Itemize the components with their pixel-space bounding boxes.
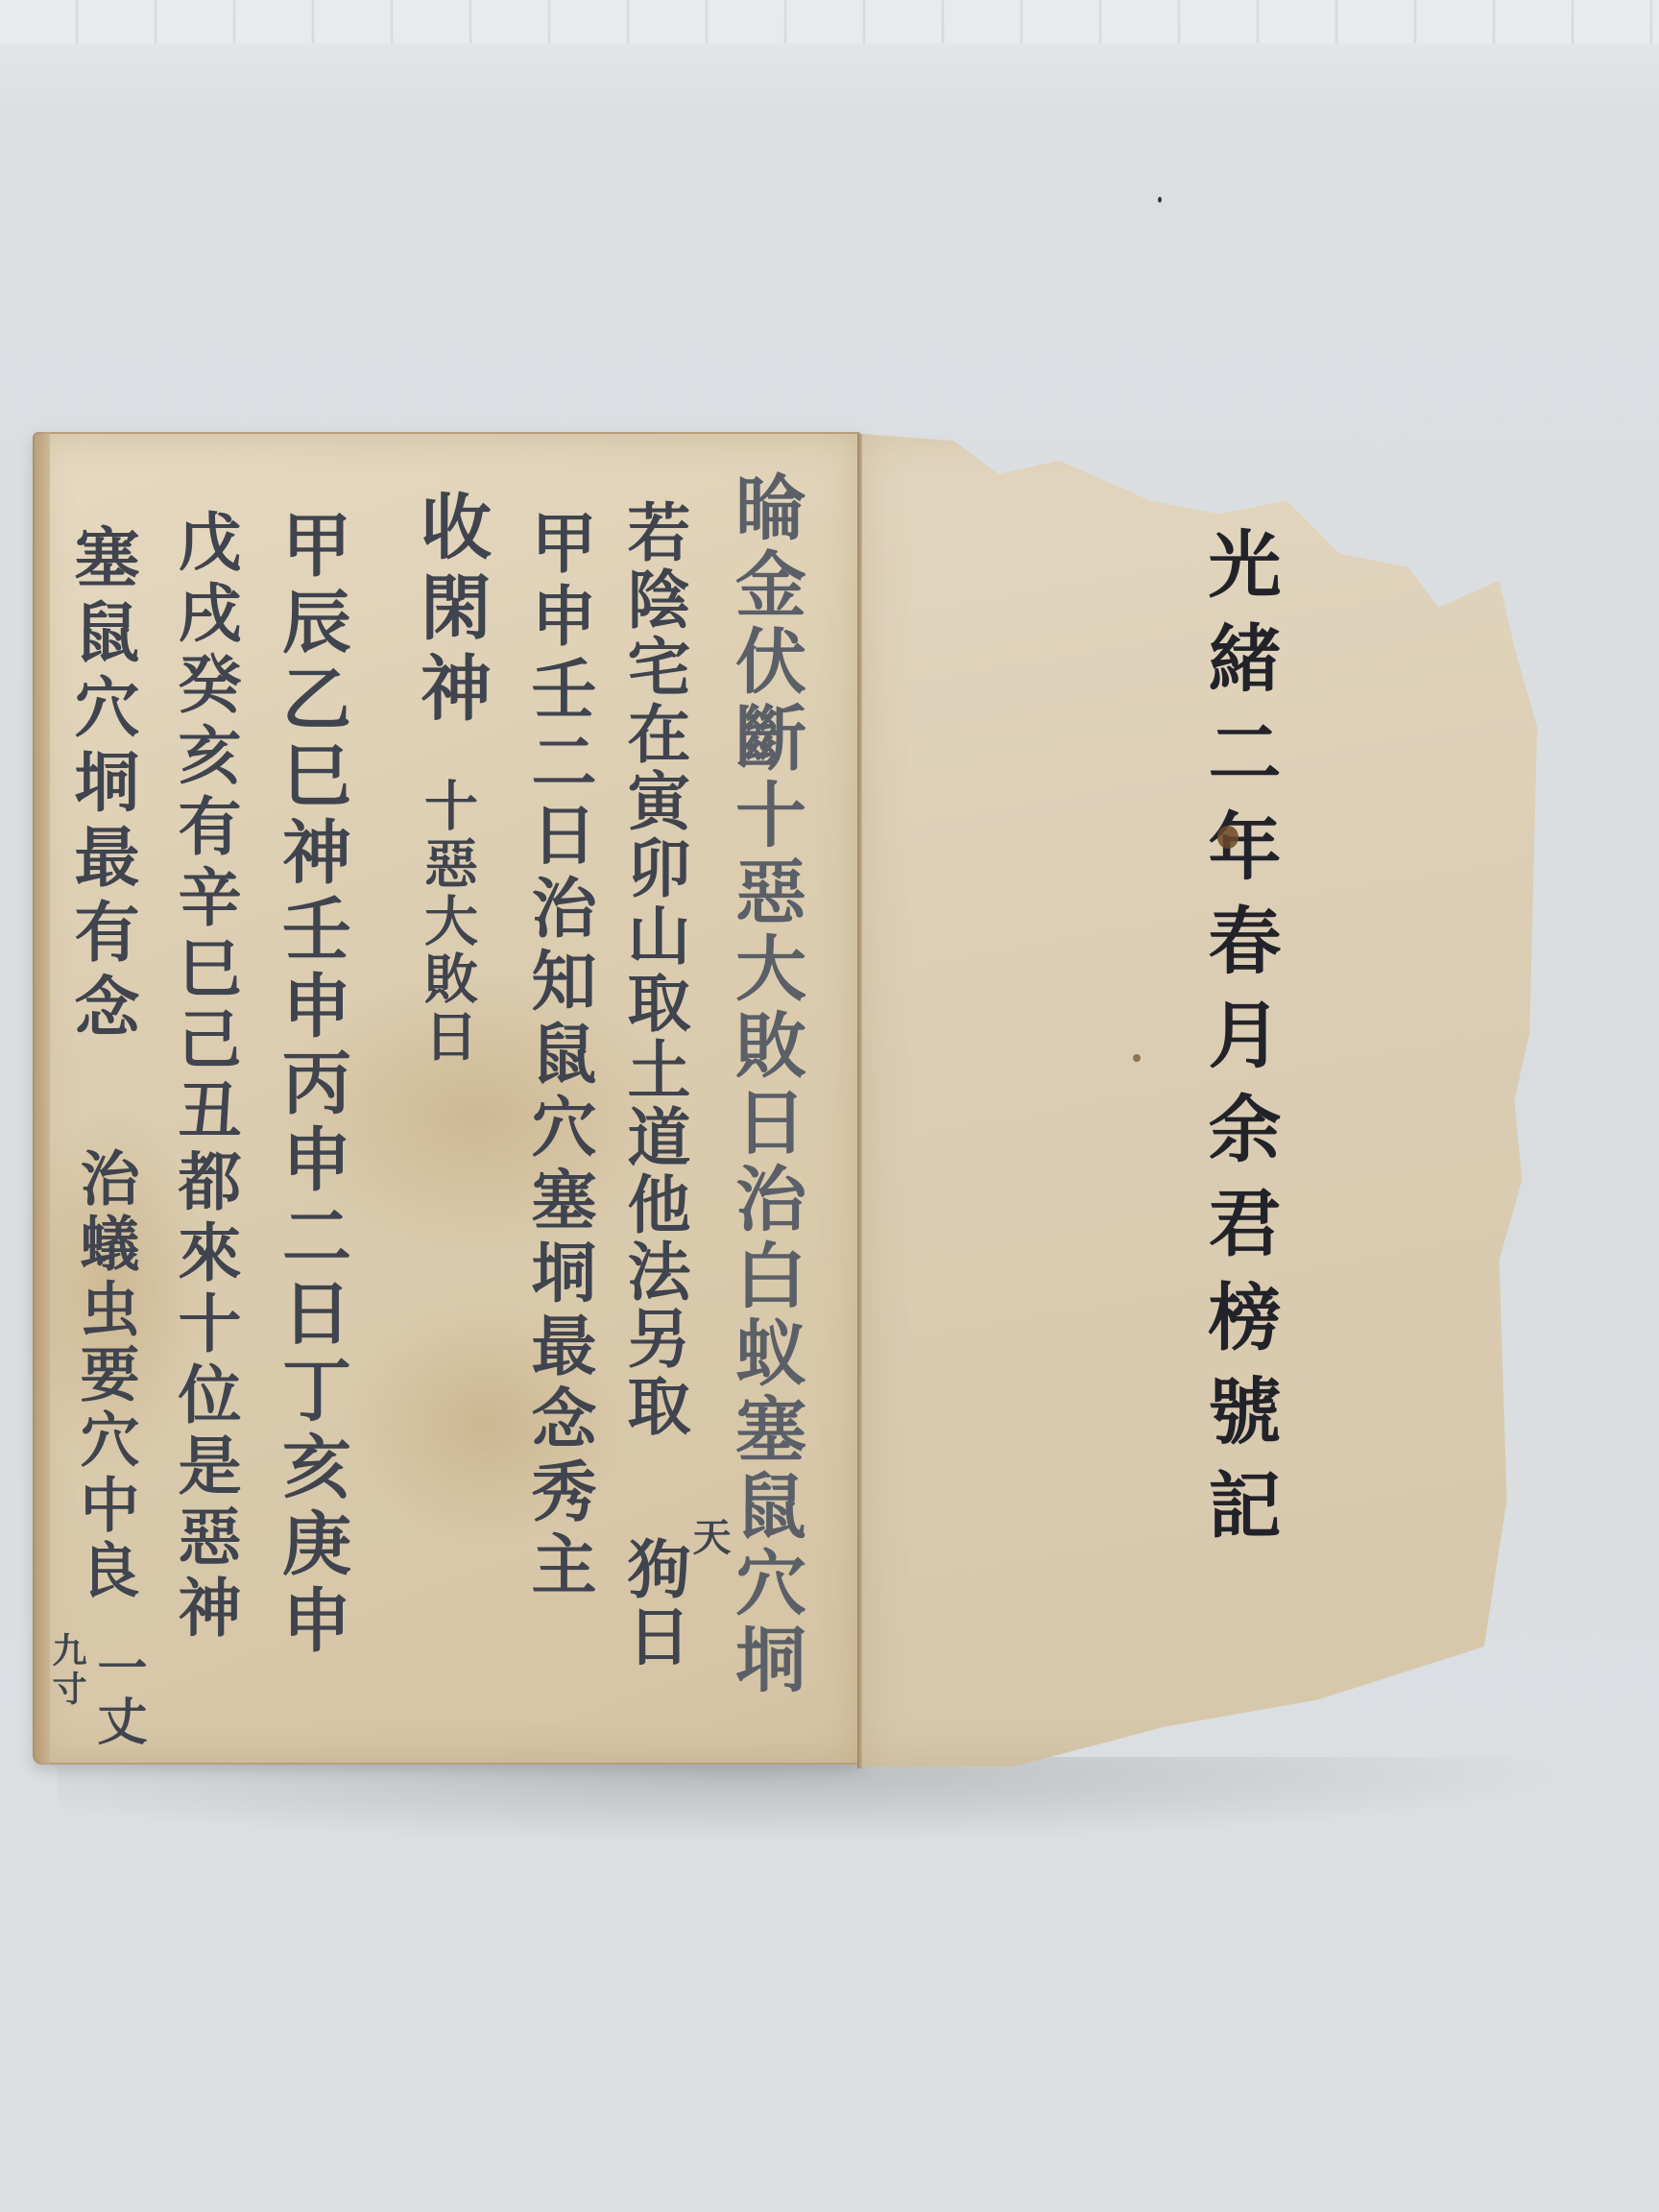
text-column-6: 戊戌癸亥有辛巳己丑都來十位是惡神 <box>173 509 236 1646</box>
text-column-2: 若陰宅在寅卯山取土道他法另取 <box>622 499 685 1440</box>
text-column-5: 甲辰乙巳神壬申丙申二日丁亥庚申 <box>276 509 346 1661</box>
photo-scene: 㫻金伏斷十惡大敗日治白蚁塞鼠穴垌 若陰宅在寅卯山取土道他法另取 天 狗日 甲申壬… <box>0 0 1659 2212</box>
background-speck <box>1158 197 1162 203</box>
text-column-2-annotation: 天 <box>689 1517 728 1559</box>
left-page-edge <box>33 432 50 1765</box>
book-shadow <box>58 1757 1575 1843</box>
text-column-1: 㫻金伏斷十惡大敗日治白蚁塞鼠穴垌 <box>730 470 801 1699</box>
ink-spot <box>1217 826 1238 849</box>
text-column-3: 甲申壬二日治知鼠穴塞垌最念秀主 <box>526 509 591 1603</box>
text-column-2-tail: 狗日 <box>622 1536 685 1671</box>
text-column-4-subheading: 十惡大敗日 <box>421 778 474 1066</box>
text-column-7-note: 一丈 <box>92 1642 142 1749</box>
text-column-7-side-note: 九寸 <box>50 1632 84 1709</box>
text-column-7: 塞鼠穴垌最有念 <box>69 523 134 1047</box>
text-column-4: 收閑神 <box>415 490 486 732</box>
background-top-strip <box>0 0 1659 43</box>
text-column-7-continued: 治蟻虫要穴中良 <box>75 1147 134 1604</box>
cover-title-column: 光緒二年春月余君榜號記 <box>1202 526 1275 1561</box>
ink-speck <box>1133 1054 1141 1062</box>
